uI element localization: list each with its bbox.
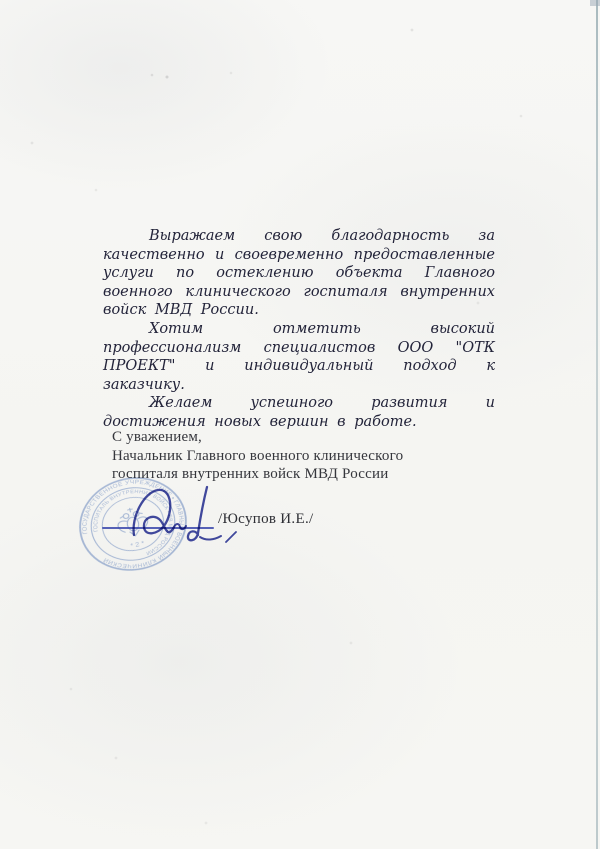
signatory-title-line1: Начальник Главного военного клинического bbox=[112, 447, 403, 466]
paragraph-wishes: Желаем успешного развития и достижения н… bbox=[103, 394, 495, 431]
paper-speckles bbox=[0, 0, 2, 2]
scan-edge-artifact bbox=[596, 0, 598, 849]
scanned-letter-page: Выражаем свою благодарность за качествен… bbox=[0, 0, 600, 849]
closing-salutation: С уважением, bbox=[112, 428, 403, 447]
signatory-name: /Юсупов И.Е./ bbox=[218, 511, 313, 528]
letter-body: Выражаем свою благодарность за качествен… bbox=[103, 227, 495, 432]
paragraph-professionalism: Хотим отметить высокий профессионализм с… bbox=[103, 320, 495, 394]
scan-corner-artifact bbox=[590, 0, 600, 6]
paragraph-gratitude: Выражаем свою благодарность за качествен… bbox=[103, 227, 495, 320]
